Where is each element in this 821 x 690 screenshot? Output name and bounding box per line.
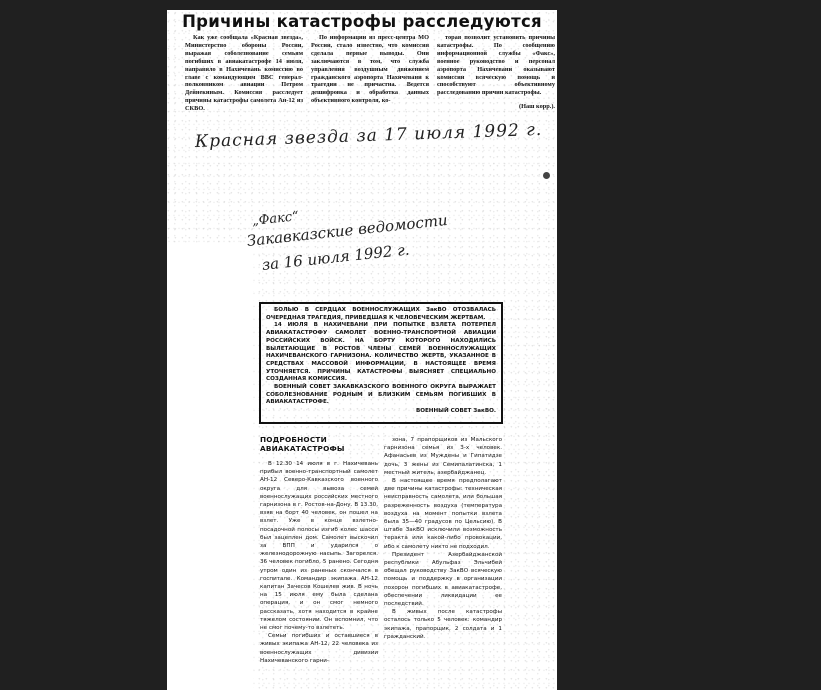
details-paragraph: зона, 7 прапорщиков из Мальского гарнизо… xyxy=(384,436,502,477)
notice-paragraph: 14 ИЮЛЯ В НАХИЧЕВАНИ ПРИ ПОПЫТКЕ ВЗЛЕТА … xyxy=(266,322,496,384)
handwritten-note-fax: „Факс“ xyxy=(251,209,299,229)
handwritten-source-note: Красная звезда за 17 июля 1992 г. xyxy=(195,120,543,152)
details-paragraph: В 12.30 14 июля в г. Нахичевань прибыл в… xyxy=(260,460,378,632)
article-column-1: Как уже сообщала «Красная звезда», Минис… xyxy=(185,34,303,113)
article-body: Как уже сообщала «Красная звезда», Минис… xyxy=(185,34,555,113)
notice-signature: ВОЕННЫЙ СОВЕТ ЗакВО. xyxy=(266,408,496,416)
page-margin xyxy=(167,245,253,690)
notice-paragraph: БОЛЬЮ В СЕРДЦАХ ВОЕННОСЛУЖАЩИХ ЗакВО ОТО… xyxy=(266,307,496,322)
article-column-2: По информации из пресс-центра МО России,… xyxy=(311,34,429,113)
scanned-document-page: Причины катастрофы расследуются Как уже … xyxy=(167,10,557,690)
details-column-left: ПОДРОБНОСТИ АВИАКАТАСТРОФЫ В 12.30 14 ию… xyxy=(260,436,378,665)
notice-paragraph: ВОЕННЫЙ СОВЕТ ЗАКАВКАЗСКОГО ВОЕННОГО ОКР… xyxy=(266,384,496,407)
boxed-notice: БОЛЬЮ В СЕРДЦАХ ВОЕННОСЛУЖАЩИХ ЗакВО ОТО… xyxy=(259,302,503,424)
article-paragraph: Как уже сообщала «Красная звезда», Минис… xyxy=(185,34,303,113)
ink-blot xyxy=(543,172,550,179)
details-paragraph: Семьи погибших и оставшиеся в живых экип… xyxy=(260,632,378,665)
details-paragraph: Президент Азербайджанской республики Абу… xyxy=(384,551,502,608)
details-paragraph: В живых после катастрофы осталось только… xyxy=(384,608,502,641)
details-column-right: зона, 7 прапорщиков из Мальского гарнизо… xyxy=(384,436,502,665)
article-column-3: торая позволит установить причины катаст… xyxy=(437,34,555,113)
article-headline: Причины катастрофы расследуются xyxy=(167,12,557,31)
article-signature: (Наш корр.). xyxy=(437,103,555,111)
details-section: ПОДРОБНОСТИ АВИАКАТАСТРОФЫ В 12.30 14 ию… xyxy=(260,436,502,665)
details-paragraph: В настоящее время предполагают две причи… xyxy=(384,477,502,551)
article-paragraph: По информации из пресс-центра МО России,… xyxy=(311,34,429,105)
details-subheading: ПОДРОБНОСТИ АВИАКАТАСТРОФЫ xyxy=(260,436,378,453)
article-paragraph: торая позволит установить причины катаст… xyxy=(437,34,555,97)
